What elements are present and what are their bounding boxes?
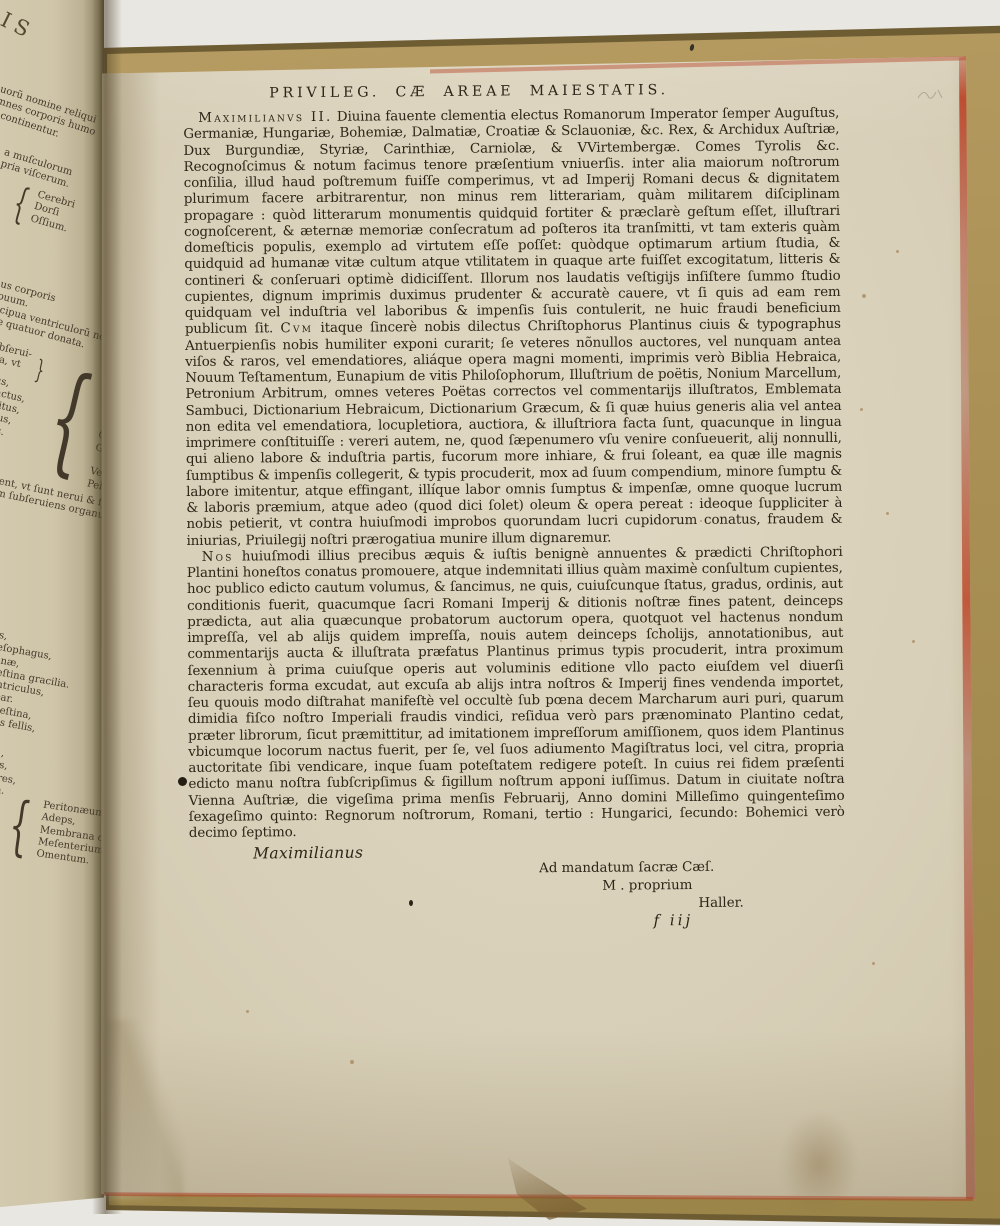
left-page-heading-fragment: RIS	[0, 0, 39, 44]
paragraph-lead-cum: Cvm	[280, 321, 313, 336]
gathering-signature-mark: f iij	[653, 911, 693, 929]
left-page-fragment-group: { Peritonæum, Adeps, Membrana carnoſa, M…	[0, 792, 104, 875]
fox-spot	[872, 962, 875, 965]
stain	[780, 1112, 858, 1216]
mandate-line-1: Ad mandatum ſacræ Cæſ.	[539, 860, 714, 876]
paragraph-text: itaque ſincerè nobis dilectus Chriſtopho…	[185, 317, 843, 548]
left-page-fragment-group: a muſculorum pria viſcerum.	[0, 147, 74, 191]
fox-spot	[246, 1010, 249, 1013]
paragraph-lead-nos: Nos	[202, 549, 234, 564]
emperor-signature: Maximilianus	[253, 844, 363, 863]
pencil-mark	[916, 86, 946, 106]
privilege-text-block: PRIVILEG. CÆ AREAE MAIESTATIS. Maximilia…	[183, 81, 846, 949]
left-page-fragment-group: s, eſophagus, enæ, teſtina gracilia. ent…	[0, 630, 77, 740]
privilege-paragraph-2: Nos huiuſmodi illius precibus æquis & iu…	[187, 545, 845, 843]
closing-block: Maximilianus Ad mandatum ſacræ Cæſ. M . …	[189, 840, 846, 949]
fox-spot	[860, 408, 863, 411]
fox-spot	[350, 1060, 354, 1064]
brace-glyph: {	[5, 793, 34, 859]
paragraph-text: huiuſmodi illius precibus æquis & iuſtis…	[187, 545, 845, 841]
paragraph-lead-maximilianus: Maximilianvs II.	[198, 110, 332, 126]
left-page-fragment-group: uorũ nomine reliqui mnes corporis humo s…	[0, 84, 101, 151]
paragraph-text: Diuina fauente clementia electus Romanor…	[183, 106, 841, 337]
left-facing-page: RIS uorũ nomine reliqui mnes corporis hu…	[0, 0, 104, 1212]
brace-glyph: }	[33, 357, 47, 384]
book-photo: RIS uorũ nomine reliqui mnes corporis hu…	[0, 0, 1000, 1226]
privilege-paragraph-1: Maximilianvs II. Diuina fauente clementi…	[183, 106, 842, 550]
fox-spot	[912, 640, 915, 643]
secretary-signature: Haller.	[698, 896, 743, 911]
fox-spot	[886, 512, 889, 515]
gutter-shadow	[92, 0, 122, 1214]
fox-spot	[896, 250, 899, 253]
ink-blot	[178, 777, 187, 786]
fox-spot	[862, 294, 866, 298]
mandate-line-2: M . proprium	[602, 878, 692, 894]
